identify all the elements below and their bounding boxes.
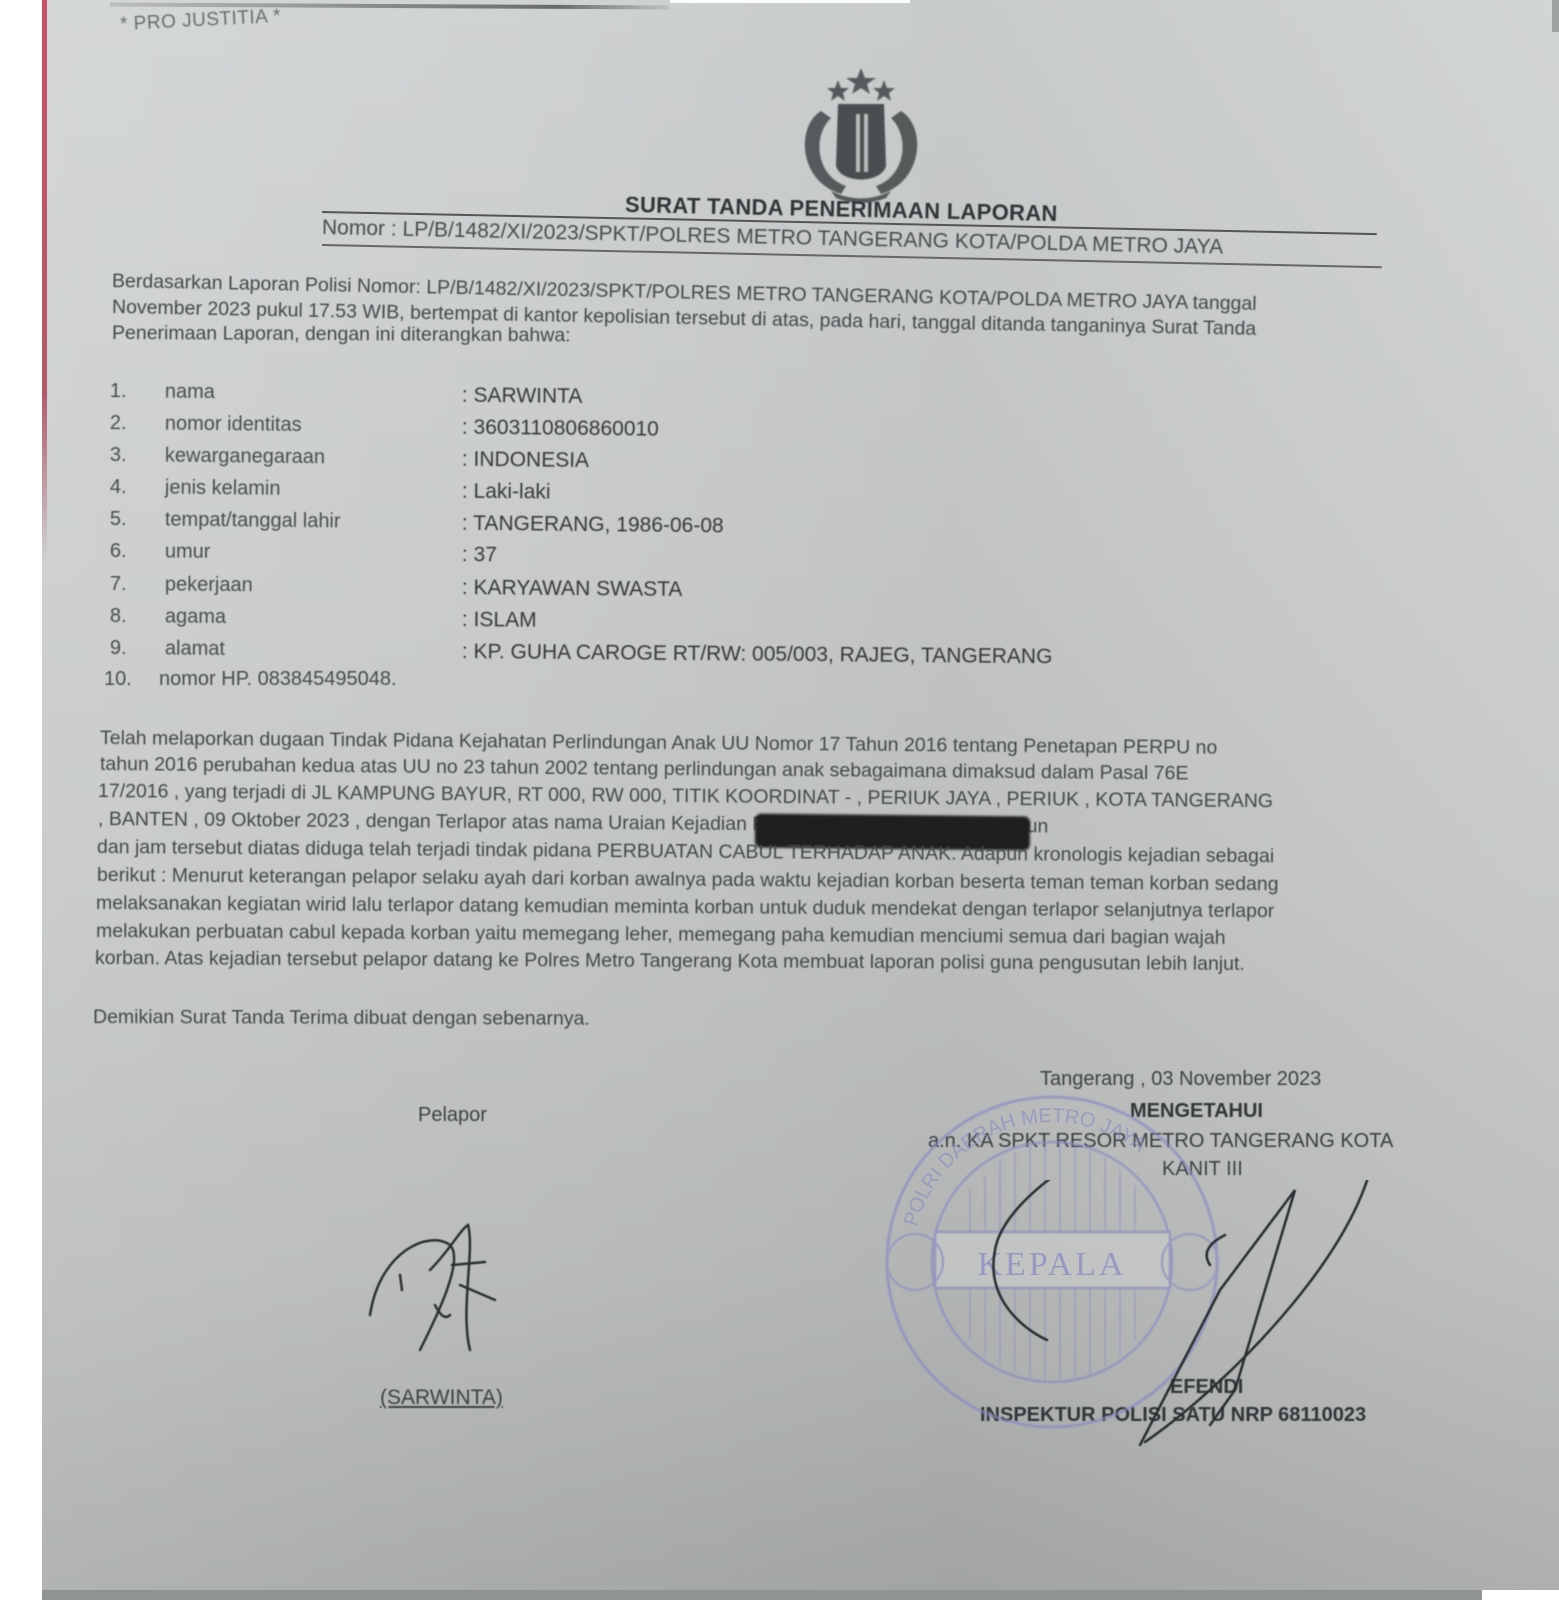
field-value: : KP. GUHA CAROGE RT/RW: 005/003, RAJEG,… [462,640,1053,669]
field-label: pekerjaan [165,573,253,597]
field-number: 6. [110,540,150,563]
reporter-name: (SARWINTA) [380,1386,503,1410]
field-label: agama [165,605,226,629]
field-value: : INDONESIA [462,448,589,473]
place-date: Tangerang , 03 November 2023 [1040,1068,1321,1091]
closing-statement: Demikian Surat Tanda Terima dibuat denga… [93,1006,590,1031]
field-value: : Laki-laki [462,480,551,505]
reporter-heading: Pelapor [418,1104,487,1127]
field-number: 7. [110,573,150,596]
field-number: 2. [110,412,150,435]
field-value: : 3603110806860010 [462,416,659,442]
field-value: : KARYAWAN SWASTA [462,576,683,602]
field-label: nama [165,381,215,405]
field-number: 4. [110,476,150,499]
paper-edge-accent [42,0,47,560]
field-value: : ISLAM [462,608,537,633]
field-value: : 37 [462,543,497,567]
bottom-strip [0,1590,1559,1600]
field-label: nomor HP. 083845495048. [159,668,397,691]
field-number: 9. [110,637,150,660]
field-label: umur [165,540,211,563]
field-label: nomor identitas [165,413,302,437]
officer-signature [985,1180,1405,1450]
field-value: : SARWINTA [462,384,583,409]
field-number: 3. [110,444,150,467]
reporter-signature [360,1210,530,1380]
field-number: 5. [110,508,150,531]
field-number: 10. [104,668,144,691]
corner-tab [1552,0,1559,32]
field-label: jenis kelamin [165,477,281,501]
field-number: 1. [110,380,150,403]
field-label: kewarganegaraan [165,445,325,470]
field-number: 8. [110,605,150,628]
top-gap [670,0,910,3]
field-label: alamat [165,637,225,661]
field-label: tempat/tanggal lahir [165,509,341,534]
police-crest-icon [786,66,936,206]
intro-line: Penerimaan Laporan, dengan ini diterangk… [112,322,571,347]
field-value: : TANGERANG, 1986-06-08 [462,512,724,539]
